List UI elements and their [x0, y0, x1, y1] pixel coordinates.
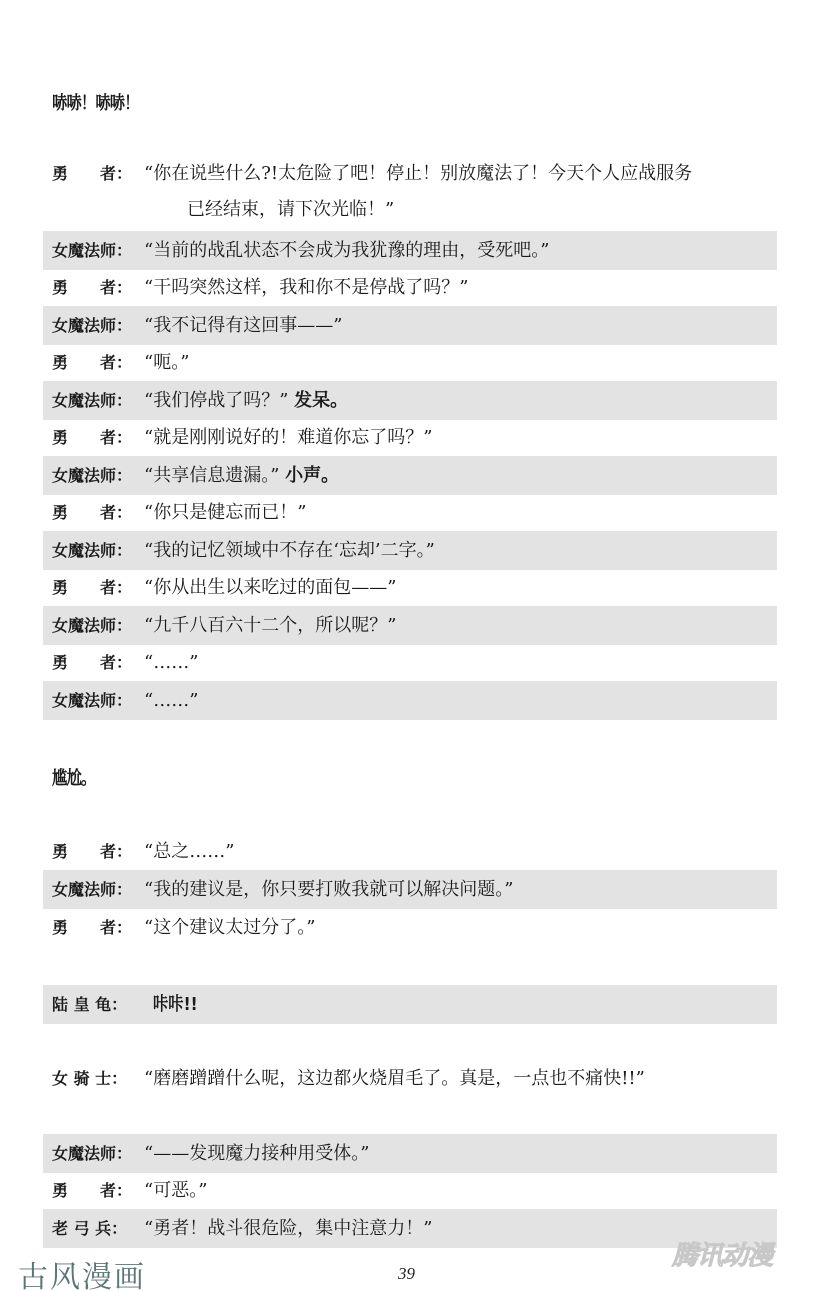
dialogue-text: “就是刚刚说好的！难道你忘了吗？”: [144, 418, 432, 457]
dialogue-text: “磨磨蹭蹭什么呢，这边都火烧眉毛了。真是，一点也不痛快!!”: [144, 1059, 645, 1098]
speaker-label: 陆 皇 龟：: [52, 985, 127, 1024]
speaker-label: 女魔法师：: [52, 531, 132, 570]
dialogue-text: “我们停战了吗？” 发呆。: [144, 381, 348, 420]
speaker-label: 老 弓 兵：: [52, 1209, 127, 1248]
dialogue-text: “总之……”: [144, 832, 234, 871]
dialogue-text-continued: 已经结束，请下次光临！”: [144, 198, 394, 222]
dialogue-text: “……”: [144, 681, 198, 720]
dialogue-row: 女魔法师： “九千八百六十二个，所以呢？”: [43, 606, 777, 645]
speaker-label: 勇 者：: [52, 832, 132, 871]
dialogue-row-turtle: 陆 皇 龟： 咔咔!!: [43, 985, 777, 1024]
dialogue-text: “呃。”: [144, 343, 189, 382]
dialogue-text: “……”: [144, 643, 198, 682]
dialogue-text: “你在说些什么?!太危险了吧！停止！别放魔法了！今天个人应战服务: [144, 154, 692, 193]
dialogue-row: 女魔法师： “共享信息遗漏。” 小声。: [43, 456, 777, 495]
dialogue-text: “你从出生以来吃过的面包——”: [144, 568, 396, 607]
speaker-label: 勇 者：: [52, 908, 132, 947]
dialogue-row: 勇 者： “总之……”: [43, 832, 777, 871]
dialogue-text: “干吗突然这样，我和你不是停战了吗？”: [144, 268, 468, 307]
dialogue-text: “共享信息遗漏。” 小声。: [144, 456, 339, 495]
dialogue-row: 勇 者： “可恶。”: [43, 1171, 777, 1210]
site-logo: 古风漫画: [18, 1252, 146, 1291]
speaker-label: 勇 者：: [52, 643, 132, 682]
sound-effect: 咔咔!!: [153, 985, 198, 1024]
dialogue-text: “当前的战乱状态不会成为我犹豫的理由，受死吧。”: [144, 231, 549, 270]
speaker-label: 勇 者：: [52, 568, 132, 607]
speaker-label: 勇 者：: [52, 268, 132, 307]
speaker-label: 女魔法师：: [52, 681, 132, 720]
dialogue-row: 女魔法师： “——发现魔力接种用受体。”: [43, 1134, 777, 1173]
dialogue-row: 勇 者： “……”: [43, 643, 777, 682]
dialogue-row: 女魔法师： “我们停战了吗？” 发呆。: [43, 381, 777, 420]
dialogue-text: “我的建议是，你只要打败我就可以解决问题。”: [144, 870, 513, 909]
dialogue-row: 女魔法师： “我的建议是，你只要打败我就可以解决问题。”: [43, 870, 777, 909]
dialogue-text: “九千八百六十二个，所以呢？”: [144, 606, 396, 645]
dialogue-text: “我不记得有这回事——”: [144, 306, 342, 345]
action-note: 发呆。: [294, 390, 348, 411]
dialogue-row: 勇 者： “干吗突然这样，我和你不是停战了吗？”: [43, 268, 777, 307]
sound-effect-awkward: 尴尬。: [52, 764, 95, 790]
speaker-label: 勇 者：: [52, 1171, 132, 1210]
speaker-label: 女魔法师：: [52, 1134, 132, 1173]
dialogue-text: “这个建议太过分了。”: [144, 908, 315, 947]
speaker-label: 勇 者：: [52, 343, 132, 382]
speaker-label: 女魔法师：: [52, 381, 132, 420]
dialogue-row: 女魔法师： “……”: [43, 681, 777, 720]
speaker-label: 女魔法师：: [52, 456, 132, 495]
dialogue-text: “可恶。”: [144, 1171, 207, 1210]
dialogue-row: 女魔法师： “我不记得有这回事——”: [43, 306, 777, 345]
dialogue-row: 女魔法师： “当前的战乱状态不会成为我犹豫的理由，受死吧。”: [43, 231, 777, 270]
dialogue-row: 老 弓 兵： “勇者！战斗很危险，集中注意力！”: [43, 1209, 777, 1248]
speaker-label: 女魔法师：: [52, 870, 132, 909]
dialogue-row: 勇 者： “你从出生以来吃过的面包——”: [43, 568, 777, 607]
dialogue-row-knight: 女 骑 士： “磨磨蹭蹭什么呢，这边都火烧眉毛了。真是，一点也不痛快!!”: [43, 1059, 777, 1098]
sound-effect-heading: 哧哧！哧哧！: [52, 89, 139, 115]
dialogue-text: “——发现魔力接种用受体。”: [144, 1134, 369, 1173]
dialogue-text: “你只是健忘而已！”: [144, 493, 306, 532]
dialogue-row: 勇 者： “呃。”: [43, 343, 777, 382]
dialogue-row: 勇 者： “你只是健忘而已！”: [43, 493, 777, 532]
dialogue-row: 女魔法师： “我的记忆领域中不存在‘忘却’二字。”: [43, 531, 777, 570]
action-note: 小声。: [285, 465, 339, 486]
dialogue-row: 勇 者： “你在说些什么?!太危险了吧！停止！别放魔法了！今天个人应战服务 已经…: [43, 154, 777, 224]
dialogue-text: “勇者！战斗很危险，集中注意力！”: [144, 1209, 432, 1248]
dialogue-row: 勇 者： “就是刚刚说好的！难道你忘了吗？”: [43, 418, 777, 457]
watermark-logo: 腾讯动漫: [672, 1235, 772, 1272]
speaker-label: 女 骑 士：: [52, 1059, 127, 1098]
page-number: 39: [398, 1264, 415, 1284]
speaker-label: 勇 者：: [52, 493, 132, 532]
speaker-label: 勇 者：: [52, 154, 132, 193]
speaker-label: 勇 者：: [52, 418, 132, 457]
dialogue-row: 勇 者： “这个建议太过分了。”: [43, 908, 777, 947]
dialogue-text: “我的记忆领域中不存在‘忘却’二字。”: [144, 531, 435, 570]
speaker-label: 女魔法师：: [52, 231, 132, 270]
speaker-label: 女魔法师：: [52, 606, 132, 645]
speaker-label: 女魔法师：: [52, 306, 132, 345]
